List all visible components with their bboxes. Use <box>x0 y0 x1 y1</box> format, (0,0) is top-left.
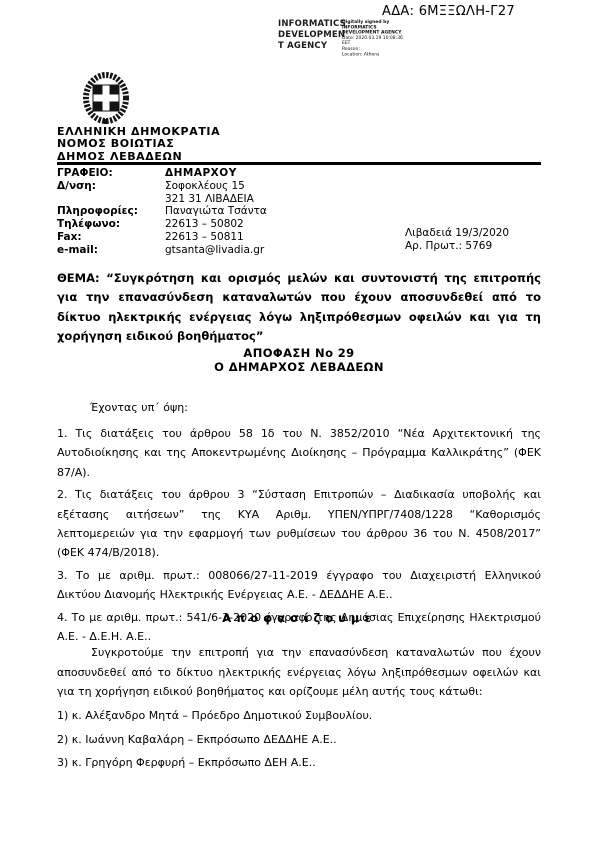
member-item: 1) κ. Αλέξανδρο Μητά – Πρόεδρο Δημοτικού… <box>57 704 541 728</box>
contact-label: e-mail: <box>57 244 165 257</box>
contact-label: Fax: <box>57 231 165 244</box>
date-protocol-block: Λιβαδειά 19/3/2020 Αρ. Πρωτ.: 5769 <box>405 227 509 254</box>
preamble-intro: Έχοντας υπ΄ όψη: <box>90 401 188 414</box>
contact-value: 321 31 ΛΙΒΑΔΕΙΑ <box>165 193 254 206</box>
decision-title: ΑΠΟΦΑΣΗ Νο 29 <box>57 347 541 361</box>
members-list: 1) κ. Αλέξανδρο Μητά – Πρόεδρο Δημοτικού… <box>57 704 541 775</box>
decision-subtitle: Ο ΔΗΜΑΡΧΟΣ ΛΕΒΑΔΕΩΝ <box>57 361 541 375</box>
member-item: 2) κ. Ιωάννη Καβαλάρη – Εκπρόσωπο ΔΕΔΔΗΕ… <box>57 728 541 752</box>
contact-value: 22613 – 50802 <box>165 218 244 231</box>
preamble-item: 2. Τις διατάξεις του άρθρου 3 “Σύσταση Ε… <box>57 485 541 563</box>
preamble-item: 1. Τις διατάξεις του άρθρου 58 1δ του Ν.… <box>57 424 541 482</box>
contact-label: Τηλέφωνο: <box>57 218 165 231</box>
prefecture-line: ΝΟΜΟΣ ΒΟΙΩΤΙΑΣ <box>57 138 220 150</box>
member-item: 3) κ. Γρηγόρη Φερφυρή – Εκπρόσωπο ΔΕΗ Α.… <box>57 751 541 775</box>
ada-number: ΑΔΑ: 6ΜΞΞΩΛΗ-Γ27 <box>382 4 515 19</box>
contact-row-office: ΓΡΑΦΕΙΟ: ΔΗΜΑΡΧΟΥ <box>57 167 267 180</box>
signature-agency-line: INFORMATICS <box>278 19 336 30</box>
contact-label <box>57 193 165 206</box>
document-page: ΑΔΑ: 6ΜΞΞΩΛΗ-Γ27 INFORMATICS DEVELOPMEN … <box>0 0 595 842</box>
contact-value: Σοφοκλέους 15 <box>165 180 245 193</box>
signature-detail-line: Location: Athens <box>342 51 426 56</box>
city-date: Λιβαδειά 19/3/2020 <box>405 227 509 240</box>
subject-paragraph: ΘΕΜΑ: “Συγκρότηση και ορισμός μελών και … <box>57 269 541 347</box>
protocol-number: Αρ. Πρωτ.: 5769 <box>405 240 509 253</box>
contact-row-phone: Τηλέφωνο: 22613 – 50802 <box>57 218 267 231</box>
resolution-heading: Αποφασίζουμε <box>57 611 541 625</box>
preamble-item: 3. Το με αριθμ. πρωτ.: 008066/27-11-2019… <box>57 566 541 605</box>
contact-row-postal: 321 31 ΛΙΒΑΔΕΙΑ <box>57 193 267 206</box>
contact-value: 22613 – 50811 <box>165 231 244 244</box>
digital-signature-block: INFORMATICS DEVELOPMEN T AGENCY Digitall… <box>278 19 492 86</box>
header-divider <box>57 162 541 165</box>
contact-row-info: Πληροφορίες: Παναγιώτα Τσάντα <box>57 205 267 218</box>
contact-row-address: Δ/νση: Σοφοκλέους 15 <box>57 180 267 193</box>
contact-row-fax: Fax: 22613 – 50811 <box>57 231 267 244</box>
republic-header: ΕΛΛΗΝΙΚΗ ΔΗΜΟΚΡΑΤΙΑ ΝΟΜΟΣ ΒΟΙΩΤΙΑΣ ΔΗΜΟΣ… <box>57 126 220 163</box>
email-value: gtsanta@livadia.gr <box>165 244 264 257</box>
signature-details: Digitally signed by INFORMATICS DEVELOPM… <box>342 19 426 57</box>
decision-heading: ΑΠΟΦΑΣΗ Νο 29 Ο ΔΗΜΑΡΧΟΣ ΛΕΒΑΔΕΩΝ <box>57 347 541 374</box>
contact-value: ΔΗΜΑΡΧΟΥ <box>165 167 237 180</box>
resolution-paragraph: Συγκροτούμε την επιτροπή για την επανασύ… <box>57 643 541 702</box>
signature-agency-name: INFORMATICS DEVELOPMEN T AGENCY <box>278 19 336 86</box>
contact-row-email: e-mail: gtsanta@livadia.gr <box>57 244 267 257</box>
signature-agency-line: DEVELOPMEN <box>278 30 336 41</box>
contact-value: Παναγιώτα Τσάντα <box>165 205 267 218</box>
coat-of-arms-icon <box>82 71 130 131</box>
contact-label: Δ/νση: <box>57 180 165 193</box>
signature-agency-line: T AGENCY <box>278 41 336 52</box>
contact-label: Πληροφορίες: <box>57 205 165 218</box>
contact-label: ΓΡΑΦΕΙΟ: <box>57 167 165 180</box>
contact-info-table: ΓΡΑΦΕΙΟ: ΔΗΜΑΡΧΟΥ Δ/νση: Σοφοκλέους 15 3… <box>57 167 267 257</box>
